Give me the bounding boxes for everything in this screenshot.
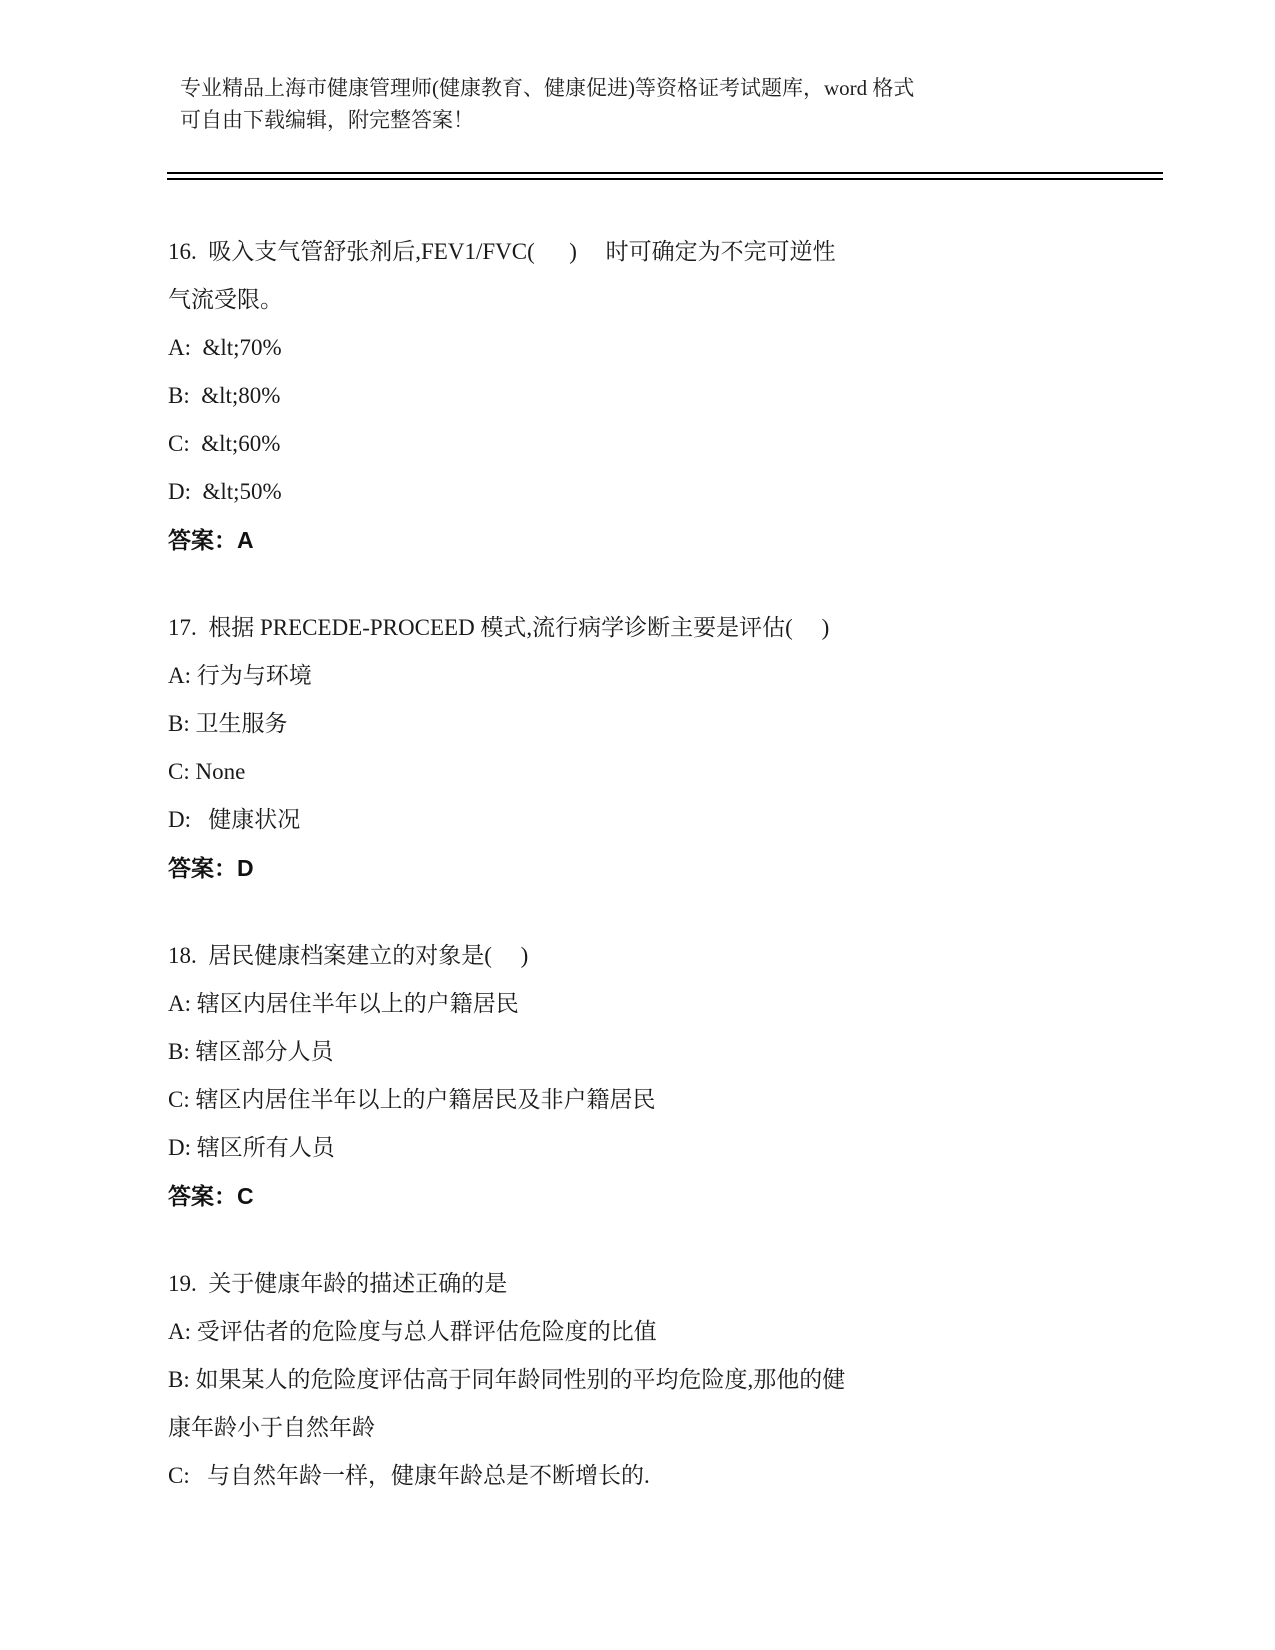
- question-18: 18. 居民健康档案建立的对象是( ) A: 辖区内居住半年以上的户籍居民 B:…: [168, 932, 1168, 1220]
- question-16-option-a: A: &lt;70%: [168, 324, 1168, 372]
- question-17-option-b: B: 卫生服务: [168, 700, 1168, 748]
- question-17-option-d: D: 健康状况: [168, 796, 1168, 844]
- document-body: 16. 吸入支气管舒张剂后,FEV1/FVC( ) 时可确定为不完可逆性 气流受…: [168, 228, 1168, 1540]
- question-16-option-d: D: &lt;50%: [168, 468, 1168, 516]
- question-16-answer: 答案：A: [168, 516, 1168, 564]
- question-19: 19. 关于健康年龄的描述正确的是 A: 受评估者的危险度与总人群评估危险度的比…: [168, 1260, 1168, 1500]
- question-16: 16. 吸入支气管舒张剂后,FEV1/FVC( ) 时可确定为不完可逆性 气流受…: [168, 228, 1168, 564]
- header-double-rule: [167, 172, 1163, 180]
- question-17-option-a: A: 行为与环境: [168, 652, 1168, 700]
- document-header-text: 专业精品上海市健康管理师(健康教育、健康促进)等资格证考试题库，word 格式 …: [180, 72, 1040, 136]
- question-16-stem: 16. 吸入支气管舒张剂后,FEV1/FVC( ) 时可确定为不完可逆性 气流受…: [168, 228, 1168, 324]
- question-19-option-b: B: 如果某人的危险度评估高于同年龄同性别的平均危险度,那他的健 康年龄小于自然…: [168, 1356, 1168, 1452]
- question-17: 17. 根据 PRECEDE-PROCEED 模式,流行病学诊断主要是评估( )…: [168, 604, 1168, 892]
- question-18-answer: 答案：C: [168, 1172, 1168, 1220]
- question-19-option-a: A: 受评估者的危险度与总人群评估危险度的比值: [168, 1308, 1168, 1356]
- question-18-option-c: C: 辖区内居住半年以上的户籍居民及非户籍居民: [168, 1076, 1168, 1124]
- question-18-stem: 18. 居民健康档案建立的对象是( ): [168, 932, 1168, 980]
- question-19-stem: 19. 关于健康年龄的描述正确的是: [168, 1260, 1168, 1308]
- question-17-option-c: C: None: [168, 748, 1168, 796]
- question-19-option-c: C: 与自然年龄一样，健康年龄总是不断增长的.: [168, 1452, 1168, 1500]
- question-16-option-b: B: &lt;80%: [168, 372, 1168, 420]
- question-18-option-b: B: 辖区部分人员: [168, 1028, 1168, 1076]
- question-16-option-c: C: &lt;60%: [168, 420, 1168, 468]
- question-18-option-a: A: 辖区内居住半年以上的户籍居民: [168, 980, 1168, 1028]
- question-18-option-d: D: 辖区所有人员: [168, 1124, 1168, 1172]
- document-page: 专业精品上海市健康管理师(健康教育、健康促进)等资格证考试题库，word 格式 …: [0, 0, 1275, 1650]
- question-17-answer: 答案：D: [168, 844, 1168, 892]
- question-17-stem: 17. 根据 PRECEDE-PROCEED 模式,流行病学诊断主要是评估( ): [168, 604, 1168, 652]
